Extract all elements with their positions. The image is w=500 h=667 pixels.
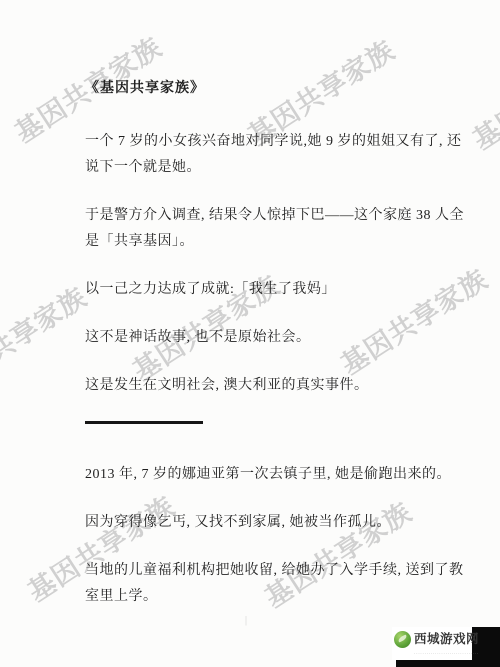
- paragraph: 一个 7 岁的小女孩兴奋地对同学说,她 9 岁的姐姐又有了, 还说下一个就是她。: [85, 129, 467, 181]
- site-logo-name: 西城游戏网: [414, 632, 479, 646]
- corner-black-strip: [396, 659, 500, 667]
- paragraph: 于是警方介入调查, 结果令人惊掉下巴——这个家庭 38 人全是「共享基因」。: [85, 203, 467, 255]
- section-divider-line: [85, 421, 203, 424]
- site-logo-badge: 西城游戏网 ·······························: [392, 627, 472, 660]
- page-number-mark: |: [245, 615, 247, 626]
- watermark-text: 基因共享家族: [464, 33, 500, 157]
- paragraph: 当地的儿童福利机构把她收留, 给她办了入学手续, 送到了教室里上学。: [85, 558, 467, 610]
- paragraph: 以一己之力达成了成就:「我生了我妈」: [85, 277, 467, 303]
- green-leaf-ball-icon: [394, 631, 411, 648]
- paragraph: 这是发生在文明社会, 澳大利亚的真实事件。: [85, 373, 467, 399]
- document-body: 《基因共享家族》 一个 7 岁的小女孩兴奋地对同学说,她 9 岁的姐姐又有了, …: [85, 76, 467, 632]
- paragraph: 因为穿得像乞丐, 又找不到家属, 她被当作孤儿。: [85, 510, 467, 536]
- watermark-text: 基因共享家族: [0, 276, 93, 400]
- document-page: 基因共享家族 基因共享家族 基因共享家族 基因共享家族 基因共享家族 基因共享家…: [0, 0, 500, 667]
- paragraph: 2013 年, 7 岁的娜迪亚第一次去镇子里, 她是偷跑出来的。: [85, 462, 467, 488]
- paragraph: 这不是神话故事, 也不是原始社会。: [85, 325, 467, 351]
- page-title: 《基因共享家族》: [85, 76, 467, 102]
- site-logo-tagline: ·······························: [414, 651, 479, 656]
